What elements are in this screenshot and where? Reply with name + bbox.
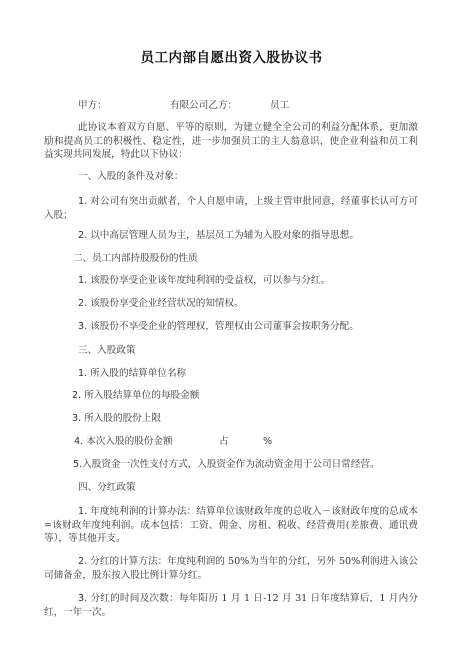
item-number: 1. [78, 368, 87, 379]
intro-paragraph: 此协议本着双方自愿、平等的原则，为建立健全全公司的利益分配体系，更加激励和提高员… [44, 121, 418, 162]
party-a-company: 有限公司乙方： [170, 99, 237, 113]
item-text: 年度纯利润的计算办法：结算单位该财政年度的总收入－该财政年度的总成本=该财政年度… [44, 506, 418, 544]
item-number: 2. [78, 298, 87, 309]
section-heading-4: 四、分红政策 [78, 481, 136, 495]
party-a-label: 甲方： [78, 99, 107, 113]
section-1-item-2: 2. 以中高层管理人员为主，基层员工为辅为入股对象的指导思想。 [78, 229, 359, 243]
item-text: 以中高层管理人员为主，基层员工为辅为入股对象的指导思想。 [90, 230, 359, 241]
section-4-item-2: 2. 分红的计算方法：年度纯利润的 50%为当年的分红，另外 50%利润进入该公… [44, 555, 418, 582]
item-number: 1. [78, 506, 87, 517]
section-heading-1: 一、入股的条件及对象： [78, 170, 184, 184]
item-number: 2. [78, 230, 87, 241]
item-number: 4. [74, 436, 83, 447]
share-ratio-label: 占 [219, 435, 229, 449]
item-number: 2. [72, 390, 81, 401]
item-number: 1. [78, 196, 87, 207]
item-text: 所入股结算单位的每股金额 [84, 390, 199, 401]
document-title: 员工内部自愿出资入股协议书 [0, 46, 463, 66]
section-3-item-2: 2. 所入股结算单位的每股金额 [72, 389, 199, 403]
item-text: 入股资金一次性支付方式，入股资金作为流动资金用于公司日常经营。 [82, 459, 379, 470]
section-1-item-1: 1. 对公司有突出贡献者，个人自愿申请，上级主管审批同意，经董事长认可方可入股； [44, 195, 418, 222]
item-number: 2. [78, 556, 87, 567]
section-3-item-4: 4. 本次入股的股份金额 [74, 435, 173, 449]
section-3-item-3: 3. 所入股的股份上限 [72, 412, 161, 426]
item-text: 对公司有突出贡献者，个人自愿申请，上级主管审批同意，经董事长认可方可入股； [44, 196, 418, 221]
item-text: 本次入股的股份金额 [86, 436, 172, 447]
item-number: 3. [72, 413, 81, 424]
item-number: 3. [78, 321, 87, 332]
section-2-item-1: 1. 该股份享受企业该年度纯利润的受益权，可以参与分红。 [78, 274, 330, 288]
item-text: 分红的时间及次数：每年阳历 1 月 1 日-12 月 31 日年度结算后，1 月… [44, 593, 418, 618]
item-text: 该股份享受企业经营状况的知情权。 [90, 298, 244, 309]
section-4-item-3: 3. 分红的时间及次数：每年阳历 1 月 1 日-12 月 31 日年度结算后，… [44, 592, 418, 619]
section-heading-2: 二、员工内部持股股份的性质 [73, 252, 198, 266]
document-page: 员工内部自愿出资入股协议书 甲方： 有限公司乙方： 员工 此协议本着双方自愿、平… [0, 0, 463, 655]
item-number: 5. [73, 459, 82, 470]
item-text: 所入股的股份上限 [84, 413, 161, 424]
section-4-item-1: 1. 年度纯利润的计算办法：结算单位该财政年度的总收入－该财政年度的总成本=该财… [44, 505, 418, 546]
section-3-item-1: 1. 所入股的结算单位名称 [78, 367, 186, 381]
section-2-item-2: 2. 该股份享受企业经营状况的知情权。 [78, 297, 244, 311]
item-text: 分红的计算方法：年度纯利润的 50%为当年的分红，另外 50%利润进入该公司储备… [44, 556, 418, 581]
item-text: 所入股的结算单位名称 [90, 368, 186, 379]
item-number: 1. [78, 275, 87, 286]
percent-sign: % [263, 435, 272, 449]
section-3-item-5: 5.入股资金一次性支付方式，入股资金作为流动资金用于公司日常经营。 [73, 458, 380, 472]
item-number: 3. [78, 593, 87, 604]
section-heading-3: 三、入股政策 [78, 344, 136, 358]
item-text: 该股份享受企业该年度纯利润的受益权，可以参与分红。 [90, 275, 330, 286]
party-b-value: 员工 [270, 99, 289, 113]
item-text: 该股份不享受企业的管理权，管理权由公司董事会按职务分配。 [90, 321, 359, 332]
section-2-item-3: 3. 该股份不享受企业的管理权，管理权由公司董事会按职务分配。 [78, 320, 359, 334]
